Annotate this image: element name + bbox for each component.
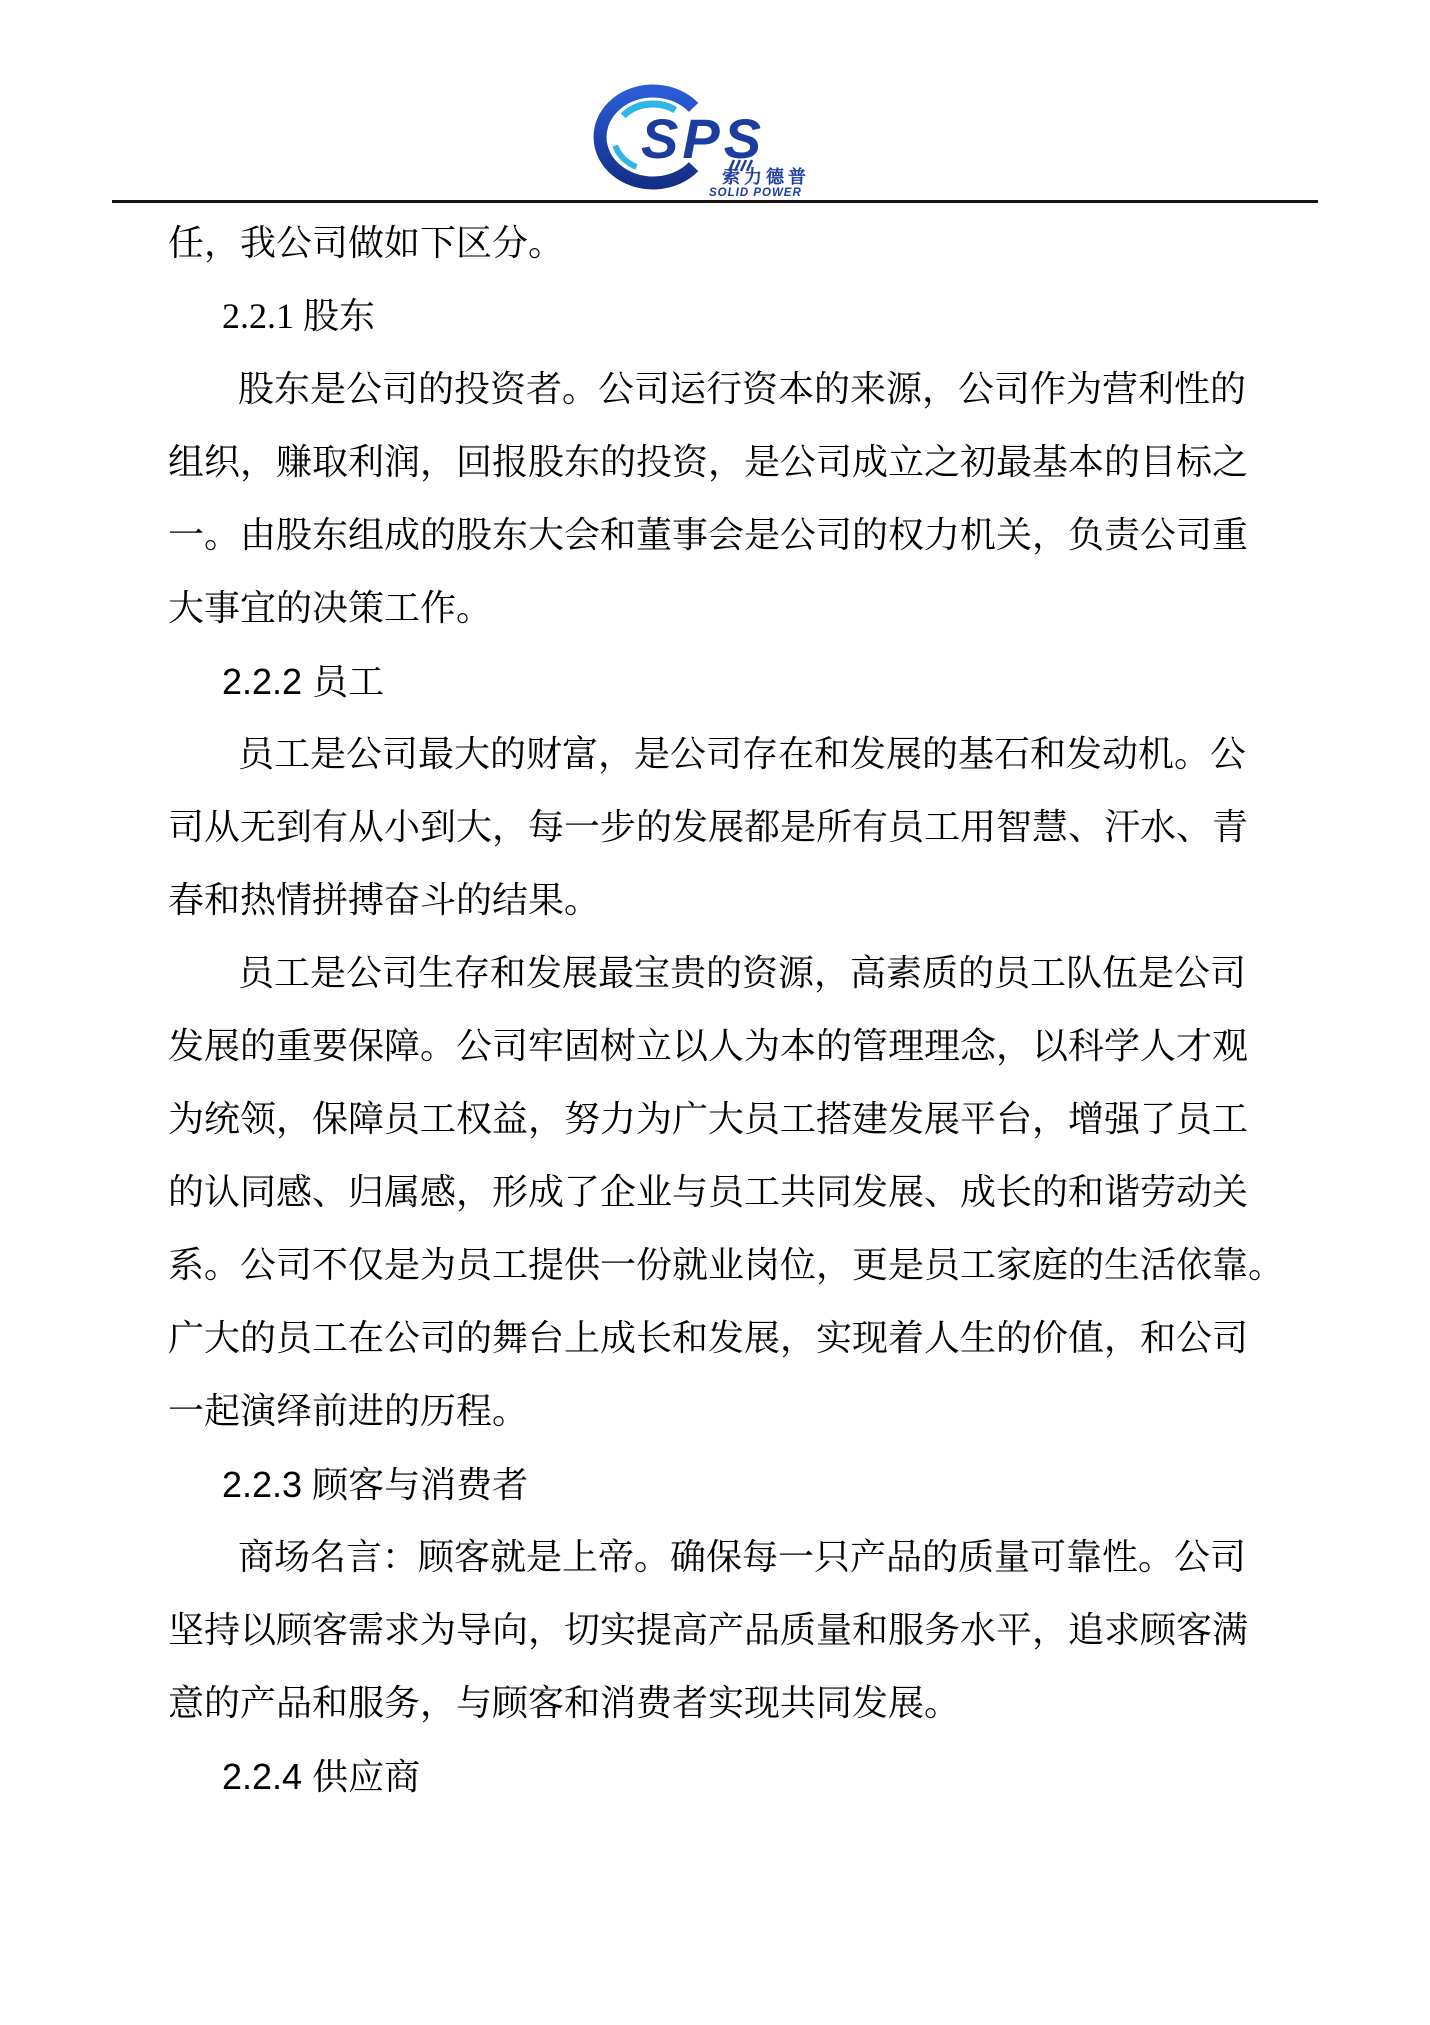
document-body: 任，我公司做如下区分。 2.2.1 股东 股东是公司的投资者。公司运行资本的来源… (168, 207, 1268, 1813)
paragraph-line: 坚持以顾客需求为导向，切实提高产品质量和服务水平，追求顾客满 (168, 1594, 1268, 1667)
intro-line: 任，我公司做如下区分。 (168, 207, 1268, 280)
paragraph-line: 司从无到有从小到大，每一步的发展都是所有员工用智慧、汗水、青 (168, 791, 1268, 864)
paragraph-line: 一。由股东组成的股东大会和董事会是公司的权力机关，负责公司重 (168, 499, 1268, 572)
paragraph-line: 员工是公司最大的财富，是公司存在和发展的基石和发动机。公 (168, 718, 1268, 791)
paragraph-line: 春和热情拼搏奋斗的结果。 (168, 864, 1268, 937)
section-heading-2-2-3: 2.2.3 顾客与消费者 (168, 1448, 1268, 1521)
section-heading-2-2-4: 2.2.4 供应商 (168, 1740, 1268, 1813)
document-page: SPS 索力德普 SOLID POWER 任，我公司做如下区分。 2.2.1 股… (0, 0, 1430, 2025)
paragraph-line: 广大的员工在公司的舞台上成长和发展，实现着人生的价值，和公司 (168, 1302, 1268, 1375)
paragraph-line: 意的产品和服务，与顾客和消费者实现共同发展。 (168, 1667, 1268, 1740)
logo-english-name: SOLID POWER (709, 187, 802, 198)
paragraph-line: 组织，赚取利润，回报股东的投资，是公司成立之初最基本的目标之 (168, 426, 1268, 499)
header-divider (112, 200, 1318, 203)
paragraph-line: 员工是公司生存和发展最宝贵的资源，高素质的员工队伍是公司 (168, 937, 1268, 1010)
paragraph-line: 一起演绎前进的历程。 (168, 1375, 1268, 1448)
paragraph-line: 股东是公司的投资者。公司运行资本的来源，公司作为营利性的 (168, 353, 1268, 426)
paragraph-line: 商场名言：顾客就是上帝。确保每一只产品的质量可靠性。公司 (168, 1521, 1268, 1594)
section-heading-2-2-1: 2.2.1 股东 (168, 280, 1268, 353)
paragraph-line: 为统领，保障员工权益，努力为广大员工搭建发展平台，增强了员工 (168, 1083, 1268, 1156)
sps-logo-graphic: SPS 索力德普 SOLID POWER (589, 80, 841, 198)
paragraph-line: 系。公司不仅是为员工提供一份就业岗位，更是员工家庭的生活依靠。 (168, 1229, 1268, 1302)
paragraph-line: 发展的重要保障。公司牢固树立以人为本的管理理念，以科学人才观 (168, 1010, 1268, 1083)
paragraph-line: 的认同感、归属感，形成了企业与员工共同发展、成长的和谐劳动关 (168, 1156, 1268, 1229)
section-heading-2-2-2: 2.2.2 员工 (168, 645, 1268, 718)
company-logo: SPS 索力德普 SOLID POWER (589, 80, 841, 198)
paragraph-line: 大事宜的决策工作。 (168, 572, 1268, 645)
logo-chinese-name: 索力德普 (722, 166, 810, 187)
